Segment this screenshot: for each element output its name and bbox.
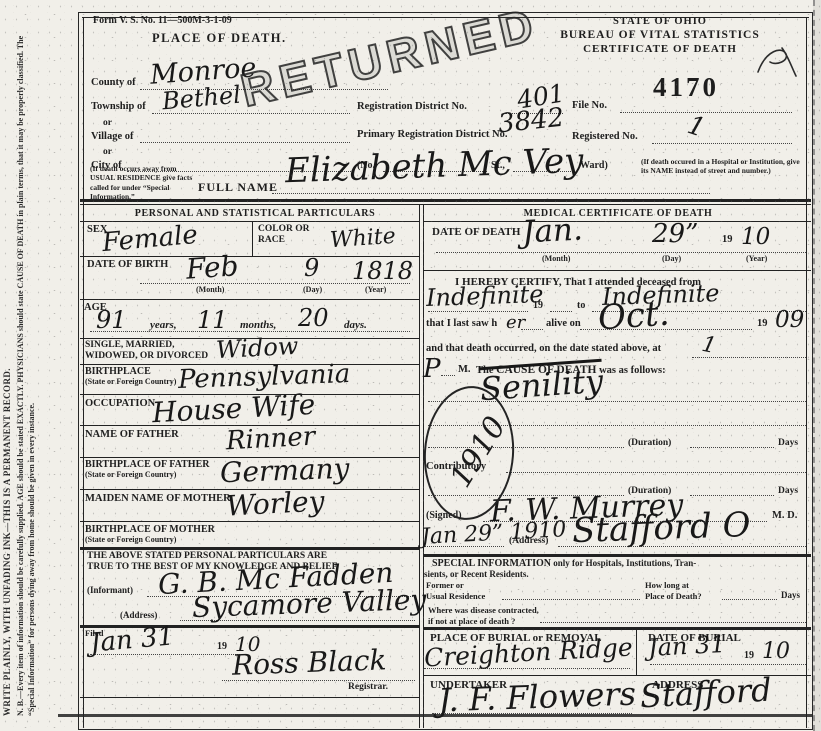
rule xyxy=(80,547,419,550)
attended-from-value: Indefinite xyxy=(426,280,544,312)
primary-registration-label: Primary Registration District No. xyxy=(357,129,507,140)
age-months-value: 11 xyxy=(197,306,228,334)
birthplace-label: BIRTHPLACE xyxy=(85,366,151,377)
to-label: to xyxy=(577,300,585,311)
nb-note: N. B.—Every item of information should b… xyxy=(15,16,37,716)
place-of-death-heading: PLACE OF DEATH. xyxy=(152,31,287,46)
meridiem-m-label: M. xyxy=(458,364,471,375)
date-of-birth-label: DATE OF BIRTH xyxy=(87,259,168,270)
disease-contracted-line1: Where was disease contracted, xyxy=(428,605,539,616)
how-long-line1: How long at xyxy=(645,580,702,591)
informant-label: (Informant) xyxy=(87,585,133,595)
dotted-rule xyxy=(690,494,774,496)
marital-status-label: SINGLE, MARRIED, WIDOWED, OR DIVORCED xyxy=(85,340,208,363)
occupation-label: OCCUPATION xyxy=(85,398,155,409)
death-year-prefix: 19 xyxy=(722,234,733,245)
rule xyxy=(58,714,812,717)
how-long-line2: Place of Death? xyxy=(645,591,702,602)
dotted-rule xyxy=(140,141,350,143)
last-saw-gender: er xyxy=(506,312,525,333)
dotted-rule xyxy=(540,621,806,623)
rule xyxy=(806,17,807,728)
pencil-scribble-mark xyxy=(752,42,800,82)
full-name-label: FULL NAME xyxy=(198,180,278,195)
special-info-rest: only for Hospitals, Institutions, Tran- xyxy=(551,558,696,568)
dob-month-value: Feb xyxy=(185,249,240,286)
personal-section-title: PERSONAL AND STATISTICAL PARTICULARS xyxy=(95,208,415,219)
dotted-rule xyxy=(506,471,806,473)
md-label: M. D. xyxy=(772,510,797,521)
month-caption: (Month) xyxy=(196,285,224,294)
duration-days-label: Days xyxy=(778,486,798,496)
registration-district-label: Registration District No. xyxy=(357,101,467,112)
disease-contracted-label: Where was disease contracted, if not at … xyxy=(428,605,539,626)
color-race-value: White xyxy=(329,224,396,254)
color-race-label: COLOR OR RACE xyxy=(258,224,336,247)
mother-maiden-name-label: MAIDEN NAME OF MOTHER xyxy=(85,493,231,504)
signed-address-value: Stafford O xyxy=(571,505,751,551)
rule xyxy=(636,627,637,675)
last-saw-year-prefix: 19 xyxy=(757,318,768,329)
father-birthplace-label: BIRTHPLACE OF FATHER xyxy=(85,459,209,470)
age-days-value: 20 xyxy=(298,304,329,332)
father-name-label: NAME OF FATHER xyxy=(85,429,179,440)
dotted-rule xyxy=(550,310,572,312)
registrar-signature: Ross Black xyxy=(231,643,387,681)
undertaker-address-value: Stafford xyxy=(639,671,772,716)
duration-days-label: Days xyxy=(778,438,798,448)
burial-date-value: Jan 31 xyxy=(647,630,726,662)
last-saw-year-value: 09 xyxy=(775,307,804,333)
days-label: days. xyxy=(342,319,369,331)
county-label: County of xyxy=(91,77,136,88)
state-or-country-caption: (State or Foreign Country) xyxy=(85,377,176,386)
how-long-days-label: Days xyxy=(781,590,800,600)
former-residence-line1: Former or xyxy=(426,580,485,591)
informant-address-label: (Address) xyxy=(120,610,157,620)
dotted-rule xyxy=(502,598,640,600)
rule xyxy=(424,554,811,557)
day-caption: (Day) xyxy=(662,254,681,263)
rule xyxy=(424,270,811,271)
dob-year-value: 1818 xyxy=(352,257,413,285)
rule xyxy=(252,221,253,256)
dotted-rule xyxy=(441,374,455,376)
or-label: or xyxy=(103,147,112,157)
years-label: years, xyxy=(148,319,179,331)
last-saw-pre: that I last saw h xyxy=(426,318,497,329)
dotted-rule xyxy=(620,111,792,113)
rule xyxy=(83,17,84,728)
special-information-note: SPECIAL INFORMATION only for Hospitals, … xyxy=(432,558,696,569)
or-label: or xyxy=(103,118,112,128)
filed-year-prefix: 19 xyxy=(217,641,227,652)
dotted-rule xyxy=(652,142,792,144)
column-divider xyxy=(419,204,420,728)
dotted-rule xyxy=(722,598,777,600)
file-no-value: 4170 xyxy=(653,72,719,103)
rule xyxy=(424,221,811,222)
registrar-label: Registrar. xyxy=(348,682,388,692)
death-day-value: 29” xyxy=(652,219,698,249)
mother-birthplace-label: BIRTHPLACE OF MOTHER xyxy=(85,524,215,535)
cause-post: was as follows: xyxy=(596,365,665,376)
date-of-death-label: DATE OF DEATH xyxy=(432,226,520,238)
ward-label: Ward) xyxy=(580,160,608,171)
year-caption: (Year) xyxy=(746,254,767,263)
special-info-bold: SPECIAL INFORMATION xyxy=(432,558,551,569)
state-or-country-caption: (State or Foreign Country) xyxy=(85,470,176,479)
hospital-note: (If death occured in a Hospital or Insti… xyxy=(641,157,803,176)
rule xyxy=(80,697,419,698)
meridiem-value: P xyxy=(423,354,441,384)
day-caption: (Day) xyxy=(303,285,322,294)
months-label: months, xyxy=(238,319,278,331)
death-year-value: 10 xyxy=(741,224,770,250)
burial-year-value: 10 xyxy=(762,639,790,664)
scan-right-edge xyxy=(813,0,821,731)
father-name-value: Rinner xyxy=(225,422,316,457)
death-month-value: Jan. xyxy=(521,211,584,250)
age-years-value: 91 xyxy=(96,306,127,334)
medical-section-title: MEDICAL CERTIFICATE OF DEATH xyxy=(430,208,806,219)
burial-year-prefix: 19 xyxy=(744,650,754,661)
dotted-rule xyxy=(436,251,806,253)
bureau-heading: BUREAU OF VITAL STATISTICS xyxy=(520,29,800,41)
dotted-rule xyxy=(690,446,774,448)
disease-contracted-line2: if not at place of death ? xyxy=(428,616,539,627)
duration-label: (Duration) xyxy=(628,438,671,448)
village-label: Village of xyxy=(91,131,133,142)
death-certificate-scan: WRITE PLAINLY, WITH UNFADING INK—THIS IS… xyxy=(0,0,821,731)
file-no-label: File No. xyxy=(572,100,607,111)
undertaker-value: J. F. Flowers xyxy=(437,675,636,720)
rule xyxy=(80,221,419,222)
marital-label-line1: SINGLE, MARRIED, xyxy=(85,340,208,351)
father-birthplace-value: Germany xyxy=(219,452,349,489)
marital-label-line2: WIDOWED, OR DIVORCED xyxy=(85,351,208,362)
township-label: Township of xyxy=(91,101,146,112)
dotted-rule xyxy=(272,192,710,194)
left-margin-instructions: WRITE PLAINLY, WITH UNFADING INK—THIS IS… xyxy=(0,8,58,723)
mother-maiden-name-value: Worley xyxy=(225,484,325,522)
oval-scribble-text: 1910 xyxy=(443,410,513,493)
rule xyxy=(80,204,811,205)
former-residence-label: Former or Usual Residence xyxy=(426,580,485,601)
dob-day-value: 9 xyxy=(304,254,319,282)
special-info-line2: sients, or Recent Residents. xyxy=(424,569,529,579)
how-long-label: How long at Place of Death? xyxy=(645,580,702,601)
rule xyxy=(424,627,811,630)
death-occurred-label: and that death occurred, on the date sta… xyxy=(426,343,661,354)
write-plainly-note: WRITE PLAINLY, WITH UNFADING INK—THIS IS… xyxy=(2,16,12,716)
year-caption: (Year) xyxy=(365,285,386,294)
marital-status-value: Widow xyxy=(215,332,299,364)
last-saw-month-value: Oct. xyxy=(597,294,671,339)
state-or-country-caption: (State or Foreign Country) xyxy=(85,535,176,544)
rule xyxy=(80,199,811,202)
month-caption: (Month) xyxy=(542,254,570,263)
former-residence-line2: Usual Residence xyxy=(426,591,485,602)
rule xyxy=(80,299,419,300)
last-saw-mid: alive on xyxy=(546,318,581,329)
